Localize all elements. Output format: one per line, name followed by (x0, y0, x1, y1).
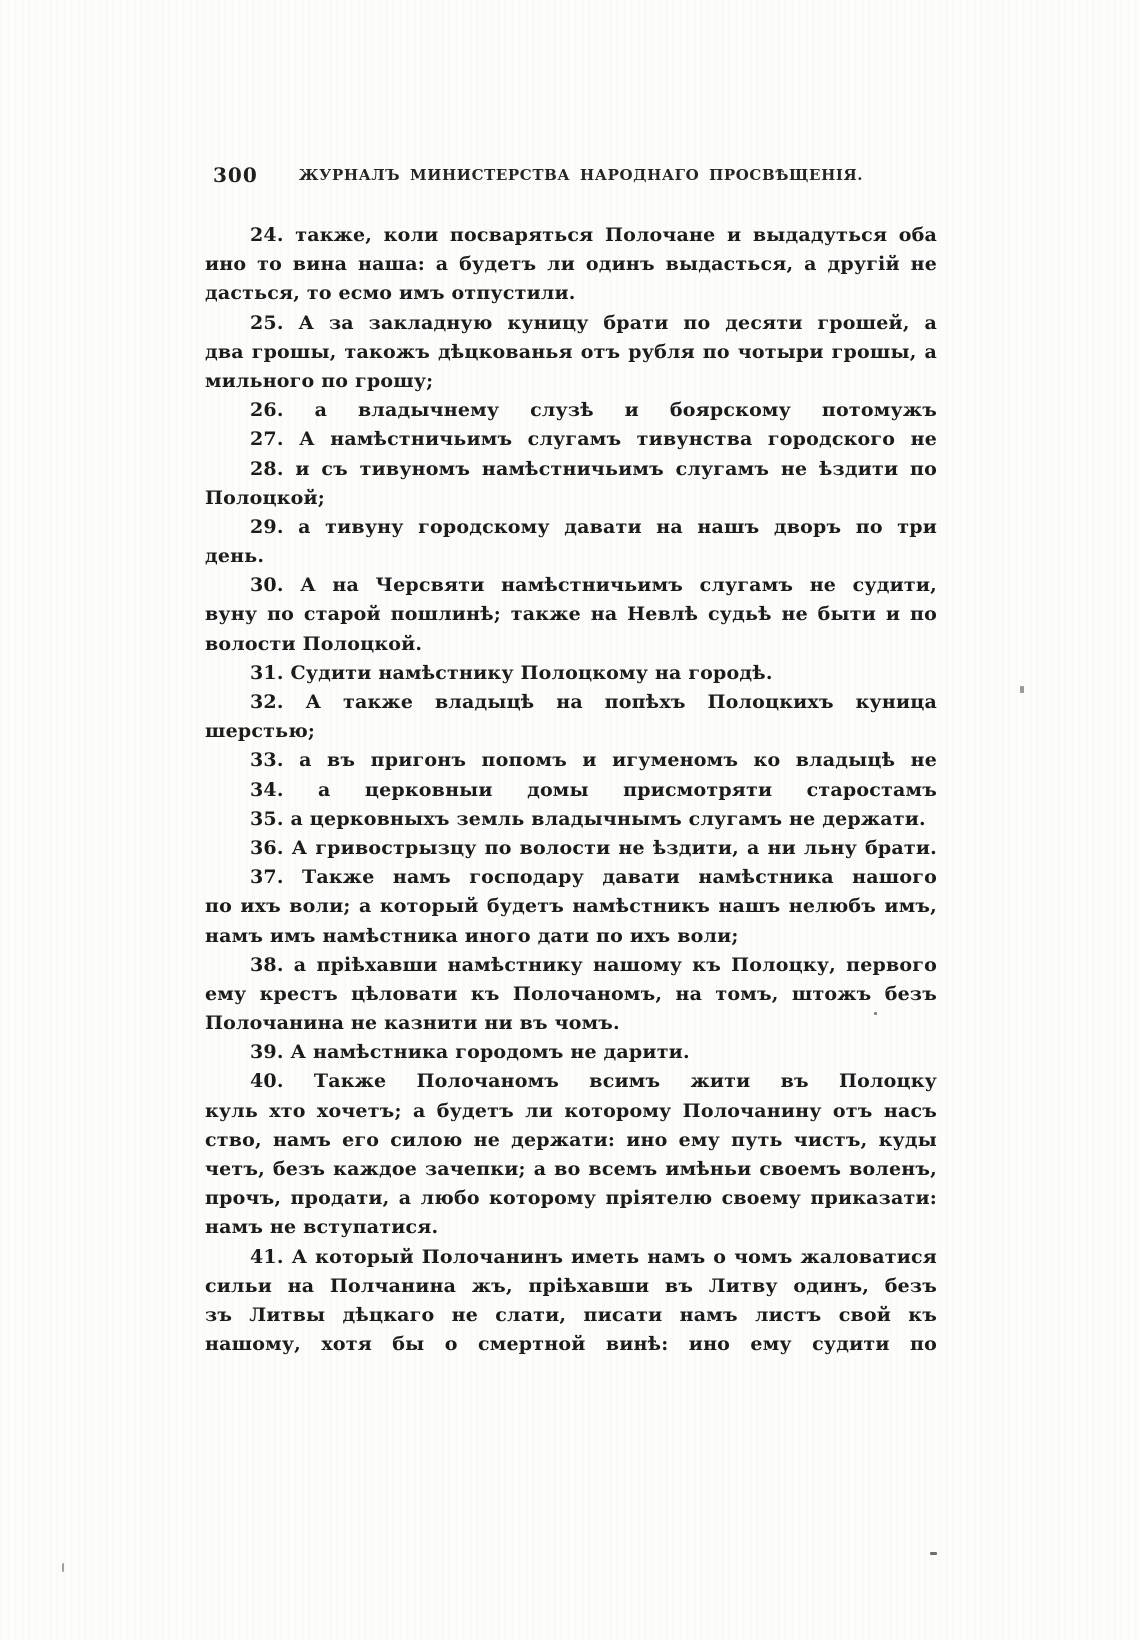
text-line: шерстью; (205, 717, 937, 746)
text-line: мильного по грошу; (205, 367, 937, 396)
text-line: 32. А также владыцѣ на попѣхъ Полоцкихъ … (205, 688, 937, 717)
paragraph-35: 35. а церковныхъ земль владычнымъ слугам… (205, 805, 937, 834)
text-line: 34. а церковныи домы присмотряти старост… (205, 776, 937, 805)
text-line: 40. Также Полочаномъ всимъ жити въ Полоц… (205, 1067, 937, 1096)
text-line: 31. Судити намѣстнику Полоцкому на город… (205, 659, 937, 688)
text-line: 28. и съ тивуномъ намѣстничьимъ слугамъ … (205, 455, 937, 484)
text-line: 38. а пріѣхавши намѣстнику нашому къ Пол… (205, 951, 937, 980)
text-line: Полочанина не казнити ни въ чомъ. (205, 1009, 937, 1038)
scan-speck (874, 1012, 877, 1015)
text-line: зъ Литвы дѣцкаго не слати, писати намъ л… (205, 1301, 937, 1330)
text-line: волости Полоцкой. (205, 630, 937, 659)
paragraph-40: 40. Также Полочаномъ всимъ жити въ Полоц… (205, 1067, 937, 1242)
paragraph-30: 30. А на Черсвяти намѣстничьимъ слугамъ … (205, 571, 937, 659)
text-line: 41. А который Полочанинъ иметь намъ о чо… (205, 1243, 937, 1272)
text-line: намъ имъ намѣстника иного дати по ихъ во… (205, 922, 937, 951)
scan-speck (930, 1552, 937, 1555)
paragraph-39: 39. А намѣстника городомъ не дарити. (205, 1038, 937, 1067)
text-line: 26. а владычнему слузѣ и боярскому потом… (205, 396, 937, 425)
text-line: два грошы, такожъ дѣцкованья отъ рубля п… (205, 338, 937, 367)
paragraph-36: 36. А гривострызцу по волости не ѣздити,… (205, 834, 937, 863)
text-line: нашому, хотя бы о смертной винѣ: ино ему… (205, 1330, 937, 1359)
text-line: по ихъ воли; а который будетъ намѣстникъ… (205, 892, 937, 921)
paragraph-28: 28. и съ тивуномъ намѣстничьимъ слугамъ … (205, 455, 937, 513)
text-line: 25. А за закладную куницу брати по десят… (205, 309, 937, 338)
text-line: 30. А на Черсвяти намѣстничьимъ слугамъ … (205, 571, 937, 600)
scan-speck (1020, 686, 1024, 693)
text-line: 27. А намѣстничьимъ слугамъ тивунства го… (205, 425, 937, 454)
text-line: четъ, безъ каждое зачепки; а во всемъ им… (205, 1155, 937, 1184)
text-line: 24. также, коли посваряться Полочане и в… (205, 221, 937, 250)
text-line: 33. а въ пригонъ попомъ и игуменомъ ко в… (205, 746, 937, 775)
paragraph-34: 34. а церковныи домы присмотряти старост… (205, 776, 937, 805)
text-line: дасться, то есмо имъ отпустили. (205, 279, 937, 308)
page-number: 300 (213, 163, 258, 187)
scanned-book-page: 300 ЖУРНАЛЪ МИНИСТЕРСТВА НАРОДНАГО ПРОСВ… (0, 0, 1140, 1640)
text-line: Полоцкой; (205, 484, 937, 513)
text-line: ино то вина наша: а будетъ ли одинъ выда… (205, 250, 937, 279)
text-line: вуну по старой пошлинѣ; также на Невлѣ с… (205, 600, 937, 629)
text-line: 36. А гривострызцу по волости не ѣздити,… (205, 834, 937, 863)
document-body: 24. также, коли посваряться Полочане и в… (205, 221, 937, 1359)
paragraph-26: 26. а владычнему слузѣ и боярскому потом… (205, 396, 937, 425)
text-line: сильи на Полчанина жъ, пріѣхавши въ Литв… (205, 1272, 937, 1301)
page-header: 300 ЖУРНАЛЪ МИНИСТЕРСТВА НАРОДНАГО ПРОСВ… (205, 163, 937, 189)
scan-speck (62, 1563, 64, 1572)
text-line: намъ не вступатися. (205, 1213, 937, 1242)
text-line: прочъ, продати, а любо которому пріятелю… (205, 1184, 937, 1213)
text-line: 39. А намѣстника городомъ не дарити. (205, 1038, 937, 1067)
text-line: 37. Также намъ господару давати намѣстни… (205, 863, 937, 892)
paragraph-37: 37. Также намъ господару давати намѣстни… (205, 863, 937, 951)
paragraph-38: 38. а пріѣхавши намѣстнику нашому къ Пол… (205, 951, 937, 1039)
text-line: день. (205, 542, 937, 571)
paragraph-32: 32. А также владыцѣ на попѣхъ Полоцкихъ … (205, 688, 937, 746)
paragraph-29: 29. а тивуну городскому давати на нашъ д… (205, 513, 937, 571)
paragraph-24: 24. также, коли посваряться Полочане и в… (205, 221, 937, 309)
paragraph-31: 31. Судити намѣстнику Полоцкому на город… (205, 659, 937, 688)
text-line: 29. а тивуну городскому давати на нашъ д… (205, 513, 937, 542)
text-line: ство, намъ его силою не держати: ино ему… (205, 1126, 937, 1155)
paragraph-25: 25. А за закладную куницу брати по десят… (205, 309, 937, 397)
paragraph-27: 27. А намѣстничьимъ слугамъ тивунства го… (205, 425, 937, 454)
text-line: 35. а церковныхъ земль владычнымъ слугам… (205, 805, 937, 834)
running-title: ЖУРНАЛЪ МИНИСТЕРСТВА НАРОДНАГО ПРОСВѢЩЕН… (265, 166, 897, 184)
text-line: куль хто хочетъ; а будетъ ли которому По… (205, 1097, 937, 1126)
text-line: ему крестъ цѣловати къ Полочаномъ, на то… (205, 980, 937, 1009)
paragraph-41: 41. А который Полочанинъ иметь намъ о чо… (205, 1243, 937, 1360)
paragraph-33: 33. а въ пригонъ попомъ и игуменомъ ко в… (205, 746, 937, 775)
